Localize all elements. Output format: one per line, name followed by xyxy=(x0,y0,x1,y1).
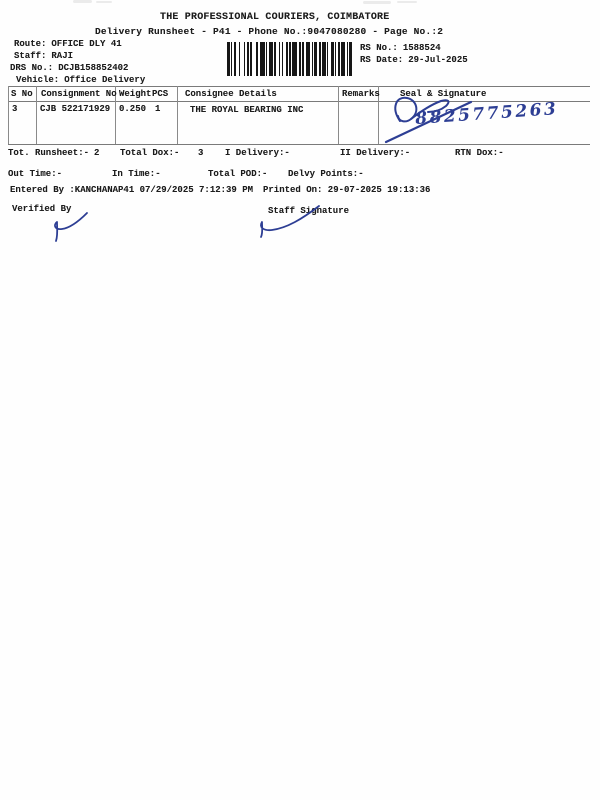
route-line: Route:OFFICE DLY 41 xyxy=(14,39,122,50)
i-delivery-label: I Delivery:- xyxy=(225,148,290,159)
col-header-seal: Seal & Signature xyxy=(400,89,486,100)
total-dox-label: Total Dox:- xyxy=(120,148,179,159)
runsheet-document: THE PROFESSIONAL COURIERS, COIMBATORE De… xyxy=(0,0,600,800)
runsheet-barcode xyxy=(227,42,352,76)
scan-artifact xyxy=(96,1,112,3)
total-pod-label: Total POD:- xyxy=(208,169,267,180)
tot-runsheet: Tot. Runsheet:-2 xyxy=(8,148,99,159)
row-pcs: 1 xyxy=(155,104,160,115)
rs-no-value: 1588524 xyxy=(403,43,441,53)
col-header-weight: Weight xyxy=(119,89,151,100)
row-consignee: THE ROYAL BEARING INC xyxy=(190,105,303,116)
runsheet-subtitle: Delivery Runsheet - P41 - Phone No.:9047… xyxy=(95,26,443,37)
row-sno: 3 xyxy=(12,104,17,115)
vehicle-value: Office Delivery xyxy=(64,75,145,85)
col-header-consignee: Consignee Details xyxy=(185,89,277,100)
rs-date-line: RS Date:29-Jul-2025 xyxy=(360,55,468,66)
delvy-points-label: Delvy Points:- xyxy=(288,169,364,180)
total-dox-value: 3 xyxy=(198,148,203,159)
vehicle-line: Vehicle:Office Delivery xyxy=(16,75,145,86)
col-header-sno: S No xyxy=(11,89,33,100)
rs-date-value: 29-Jul-2025 xyxy=(408,55,467,65)
col-header-consignment: Consignment No xyxy=(41,89,117,100)
staff-signature-label: Staff Signature xyxy=(268,206,349,217)
route-label: Route: xyxy=(14,39,46,49)
col-header-remarks: Remarks xyxy=(342,89,380,100)
table-vline xyxy=(36,86,37,144)
rs-date-label: RS Date: xyxy=(360,55,403,65)
row-weight: 0.250 xyxy=(119,104,146,115)
rtn-dox-label: RTN Dox:- xyxy=(455,148,504,159)
table-vline xyxy=(338,86,339,144)
handwritten-phone-number: 8825775263 xyxy=(415,99,559,129)
out-time-label: Out Time:- xyxy=(8,169,62,180)
scan-artifact xyxy=(73,0,92,3)
ii-delivery-label: II Delivery:- xyxy=(340,148,410,159)
tot-runsheet-value: 2 xyxy=(94,148,99,158)
vehicle-label: Vehicle: xyxy=(16,75,59,85)
staff-line: Staff:RAJI xyxy=(14,51,73,62)
drs-no-value: DCJB158852402 xyxy=(58,63,128,73)
col-header-pcs: PCS xyxy=(152,89,168,100)
drs-no-label: DRS No.: xyxy=(10,63,53,73)
row-consignment: CJB 522171929 xyxy=(40,104,110,115)
rs-no-label: RS No.: xyxy=(360,43,398,53)
company-title: THE PROFESSIONAL COURIERS, COIMBATORE xyxy=(160,12,389,23)
rs-no-line: RS No.:1588524 xyxy=(360,43,441,54)
entered-by-line: Entered By :KANCHANAP41 07/29/2025 7:12:… xyxy=(10,185,253,196)
table-vline xyxy=(8,86,9,144)
barcode-bar xyxy=(349,42,352,76)
staff-label: Staff: xyxy=(14,51,46,61)
staff-value: RAJI xyxy=(51,51,73,61)
in-time-label: In Time:- xyxy=(112,169,161,180)
scan-artifact xyxy=(363,1,391,4)
drs-no-line: DRS No.:DCJB158852402 xyxy=(10,63,128,74)
table-vline xyxy=(177,86,178,144)
verified-by-mark xyxy=(55,213,87,241)
route-value: OFFICE DLY 41 xyxy=(51,39,121,49)
table-bottom-border xyxy=(8,144,590,145)
table-top-border xyxy=(8,86,590,87)
printed-on-line: Printed On: 29-07-2025 19:13:36 xyxy=(263,185,430,196)
scan-artifact xyxy=(397,1,417,3)
verified-by-label: Verified By xyxy=(12,204,71,215)
